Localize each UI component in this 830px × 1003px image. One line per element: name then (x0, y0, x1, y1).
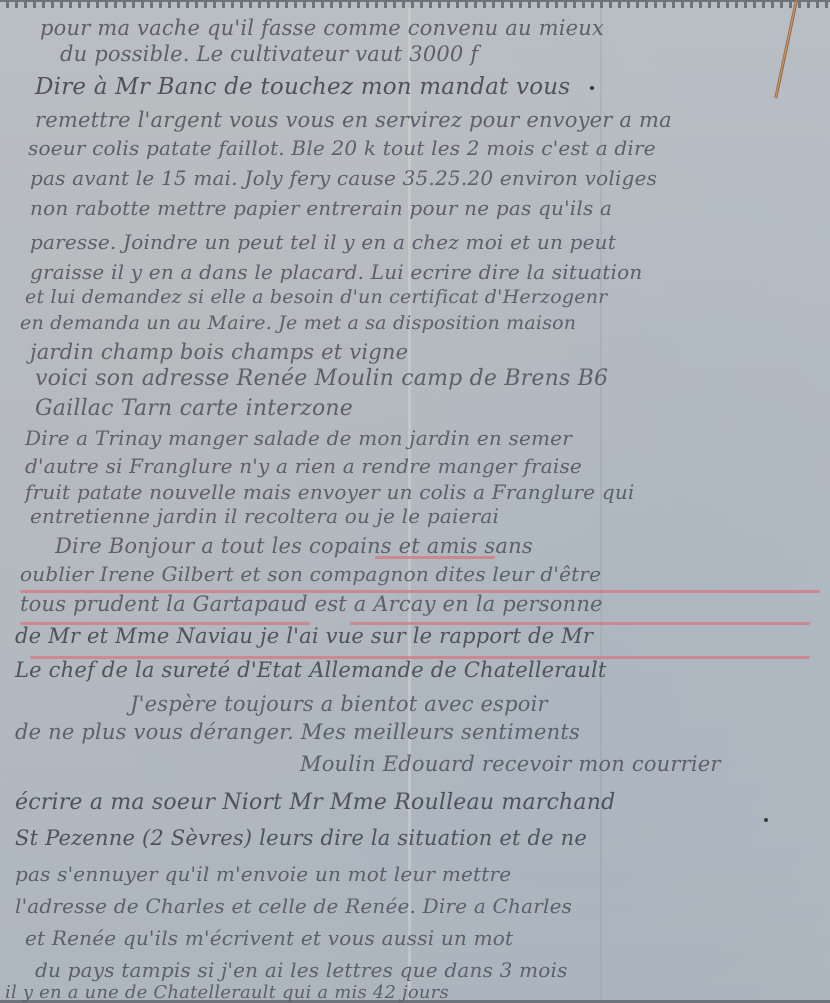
letter-line: Gaillac Tarn carte interzone (35, 396, 353, 421)
letter-line: pas s'ennuyer qu'il m'envoie un mot leur… (15, 862, 511, 886)
letter-line: J'espère toujours a bientot avec espoir (130, 692, 548, 716)
letter-line: et Renée qu'ils m'écrivent et vous aussi… (25, 926, 513, 950)
signature: Moulin Edouard recevoir mon courrier (300, 752, 721, 776)
letter-line: l'adresse de Charles et celle de Renée. … (15, 894, 572, 918)
letter-line: fruit patate nouvelle mais envoyer un co… (25, 480, 635, 504)
letter-line: oublier Irene Gilbert et son compagnon d… (20, 562, 601, 586)
letter-line: non rabotte mettre papier entrerain pour… (30, 196, 612, 220)
letter-line: écrire a ma soeur Niort Mr Mme Roulleau … (15, 790, 615, 815)
letter-line: Dire Bonjour a tout les copains et amis … (55, 534, 533, 558)
letter-line: jardin champ bois champs et vigne (30, 340, 408, 364)
letter-line: paresse. Joindre un peut tel il y en a c… (30, 230, 616, 254)
letter-line: Dire à Mr Banc de touchez mon mandat vou… (35, 74, 570, 100)
letter-line: graisse il y en a dans le placard. Lui e… (30, 260, 642, 284)
letter-line: entretienne jardin il recoltera ou je le… (30, 504, 499, 528)
letter-line: de ne plus vous déranger. Mes meilleurs … (15, 720, 580, 744)
letter-line: du possible. Le cultivateur vaut 3000 f (60, 42, 478, 66)
letter-line: voici son adresse Renée Moulin camp de B… (35, 366, 608, 391)
letter-line: St Pezenne (2 Sèvres) leurs dire la situ… (15, 826, 587, 850)
letter-line: de Mr et Mme Naviau je l'ai vue sur le r… (15, 624, 593, 648)
letter-line: et lui demandez si elle a besoin d'un ce… (25, 286, 607, 308)
letter-line: remettre l'argent vous vous en servirez … (35, 108, 672, 132)
letter-line: en demanda un au Maire. Je met a sa disp… (20, 312, 576, 334)
letter-page: pour ma vache qu'il fasse comme convenu … (0, 8, 830, 1000)
letter-line: du pays tampis si j'en ai les lettres qu… (35, 958, 568, 982)
letter-line: soeur colis patate faillot. Ble 20 k tou… (28, 136, 656, 160)
letter-line: d'autre si Franglure n'y a rien a rendre… (25, 454, 582, 478)
letter-line: pas avant le 15 mai. Joly fery cause 35.… (30, 166, 657, 190)
letter-line: Le chef de la sureté d'Etat Allemande de… (15, 658, 607, 682)
ink-spot (590, 86, 594, 90)
letter-line: pour ma vache qu'il fasse comme convenu … (40, 16, 604, 40)
pin-icon (774, 0, 798, 98)
letter-line: tous prudent la Gartapaud est a Arcay en… (20, 592, 603, 616)
ink-spot (764, 818, 768, 822)
letter-line: Dire a Trinay manger salade de mon jardi… (25, 426, 572, 450)
letter-line: il y en a une de Chatellerault qui a mis… (5, 982, 449, 1000)
